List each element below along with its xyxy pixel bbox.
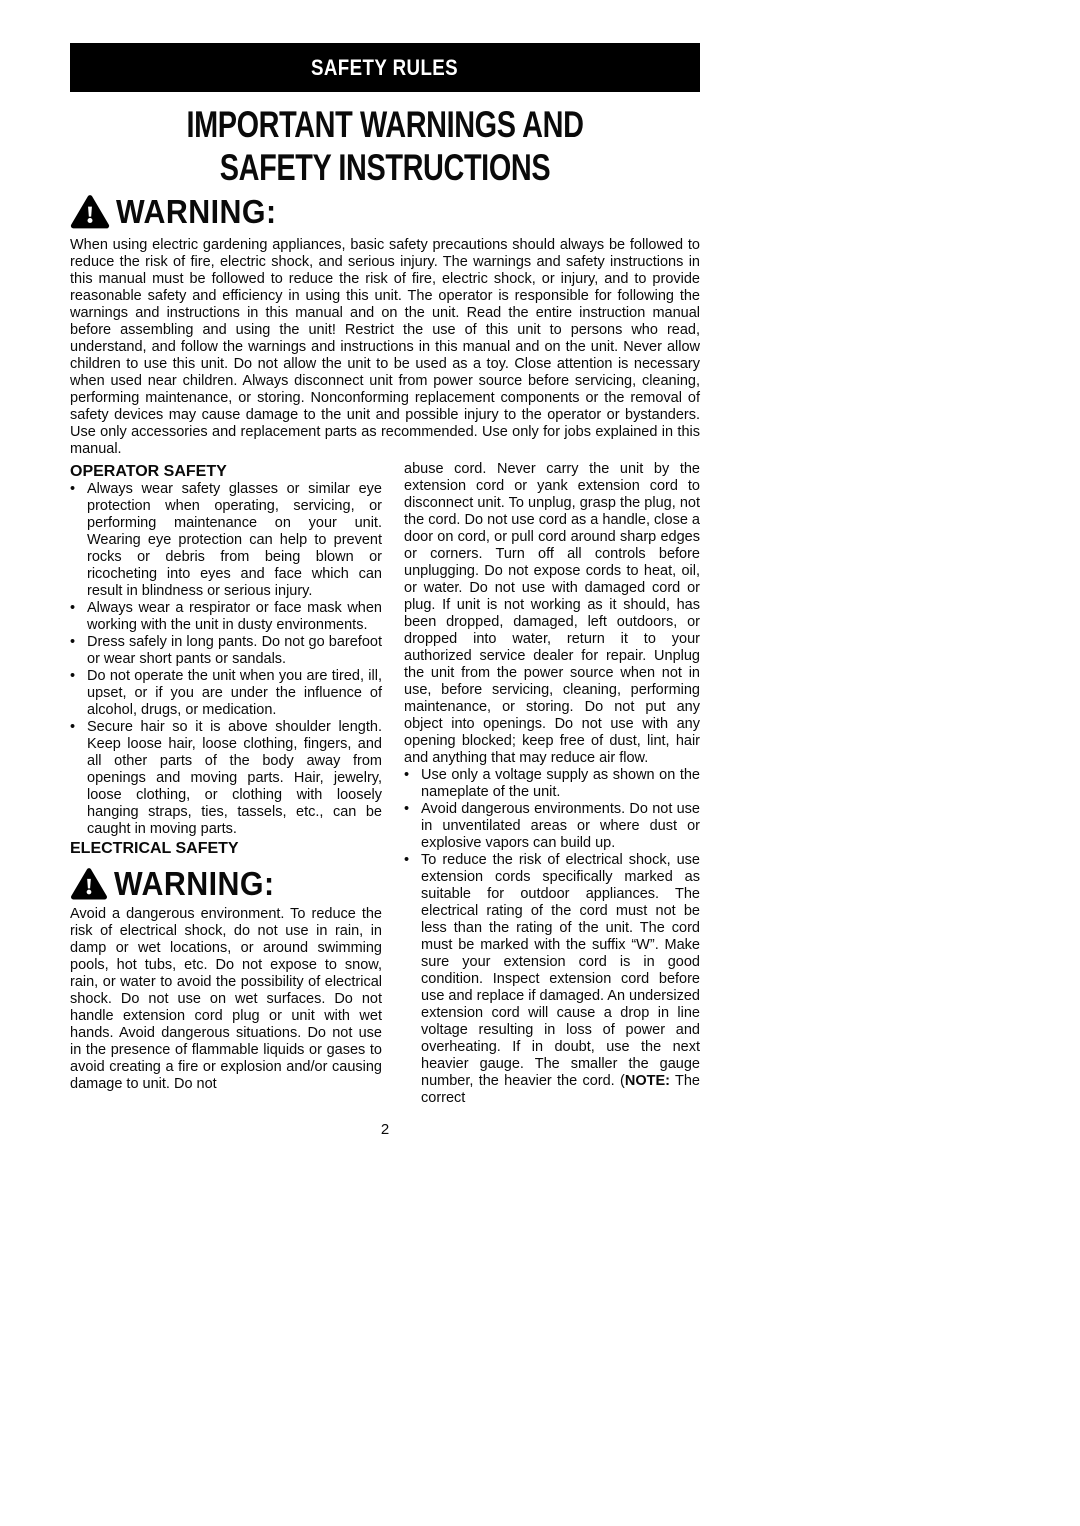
page-title: IMPORTANT WARNINGS AND SAFETY INSTRUCTIO…: [139, 103, 630, 189]
electrical-warning-paragraph-right: abuse cord. Never carry the unit by the …: [404, 461, 700, 767]
warning-label: WARNING:: [116, 193, 277, 231]
bullet-icon: •: [70, 668, 87, 719]
bullet-icon: •: [404, 801, 421, 852]
bullet-text-part: To reduce the risk of electrical shock, …: [421, 852, 700, 1089]
column-gap: [382, 461, 404, 1107]
page-title-line2: SAFETY INSTRUCTIONS: [139, 146, 630, 189]
bullet-text: Always wear safety glasses or similar ey…: [87, 481, 382, 600]
warning-triangle-icon: [70, 195, 110, 229]
bullet-text: Always wear a respirator or face mask wh…: [87, 600, 382, 634]
operator-safety-heading: OPERATOR SAFETY: [70, 462, 382, 481]
two-column-area: OPERATOR SAFETY • Always wear safety gla…: [70, 461, 700, 1107]
safety-rules-banner-label: SAFETY RULES: [311, 55, 458, 81]
content-column: SAFETY RULES IMPORTANT WARNINGS AND SAFE…: [70, 0, 700, 1138]
bullet-text: Use only a voltage supply as shown on th…: [421, 767, 700, 801]
warning-label: WARNING:: [114, 865, 275, 903]
list-item: • To reduce the risk of electrical shock…: [404, 852, 700, 1107]
bullet-text: To reduce the risk of electrical shock, …: [421, 852, 700, 1107]
page-title-line1: IMPORTANT WARNINGS AND: [139, 103, 630, 146]
electrical-warning-paragraph-left: Avoid a dangerous environment. To reduce…: [70, 906, 382, 1093]
list-item: • Do not operate the unit when you are t…: [70, 668, 382, 719]
list-item: • Dress safely in long pants. Do not go …: [70, 634, 382, 668]
bullet-icon: •: [70, 719, 87, 838]
bullet-icon: •: [70, 600, 87, 634]
list-item: • Secure hair so it is above shoulder le…: [70, 719, 382, 838]
bullet-text: Do not operate the unit when you are tir…: [87, 668, 382, 719]
right-column: abuse cord. Never carry the unit by the …: [404, 461, 700, 1107]
list-item: • Avoid dangerous environments. Do not u…: [404, 801, 700, 852]
bullet-icon: •: [404, 767, 421, 801]
note-label: NOTE:: [625, 1073, 670, 1089]
warning-heading-1: WARNING:: [70, 193, 700, 231]
bullet-icon: •: [404, 852, 421, 1107]
bullet-text: Dress safely in long pants. Do not go ba…: [87, 634, 382, 668]
bullet-icon: •: [70, 481, 87, 600]
list-item: • Use only a voltage supply as shown on …: [404, 767, 700, 801]
intro-paragraph: When using electric gardening appliances…: [70, 237, 700, 458]
page-number: 2: [70, 1121, 700, 1138]
manual-page: SAFETY RULES IMPORTANT WARNINGS AND SAFE…: [0, 0, 1080, 1526]
electrical-safety-heading: ELECTRICAL SAFETY: [70, 839, 382, 858]
warning-heading-2: WARNING:: [70, 865, 382, 903]
safety-rules-banner: SAFETY RULES: [70, 43, 700, 92]
warning-triangle-icon: [70, 868, 108, 900]
bullet-text: Avoid dangerous environments. Do not use…: [421, 801, 700, 852]
bullet-icon: •: [70, 634, 87, 668]
list-item: • Always wear safety glasses or similar …: [70, 481, 382, 600]
left-column: OPERATOR SAFETY • Always wear safety gla…: [70, 461, 382, 1107]
bullet-text: Secure hair so it is above shoulder leng…: [87, 719, 382, 838]
list-item: • Always wear a respirator or face mask …: [70, 600, 382, 634]
